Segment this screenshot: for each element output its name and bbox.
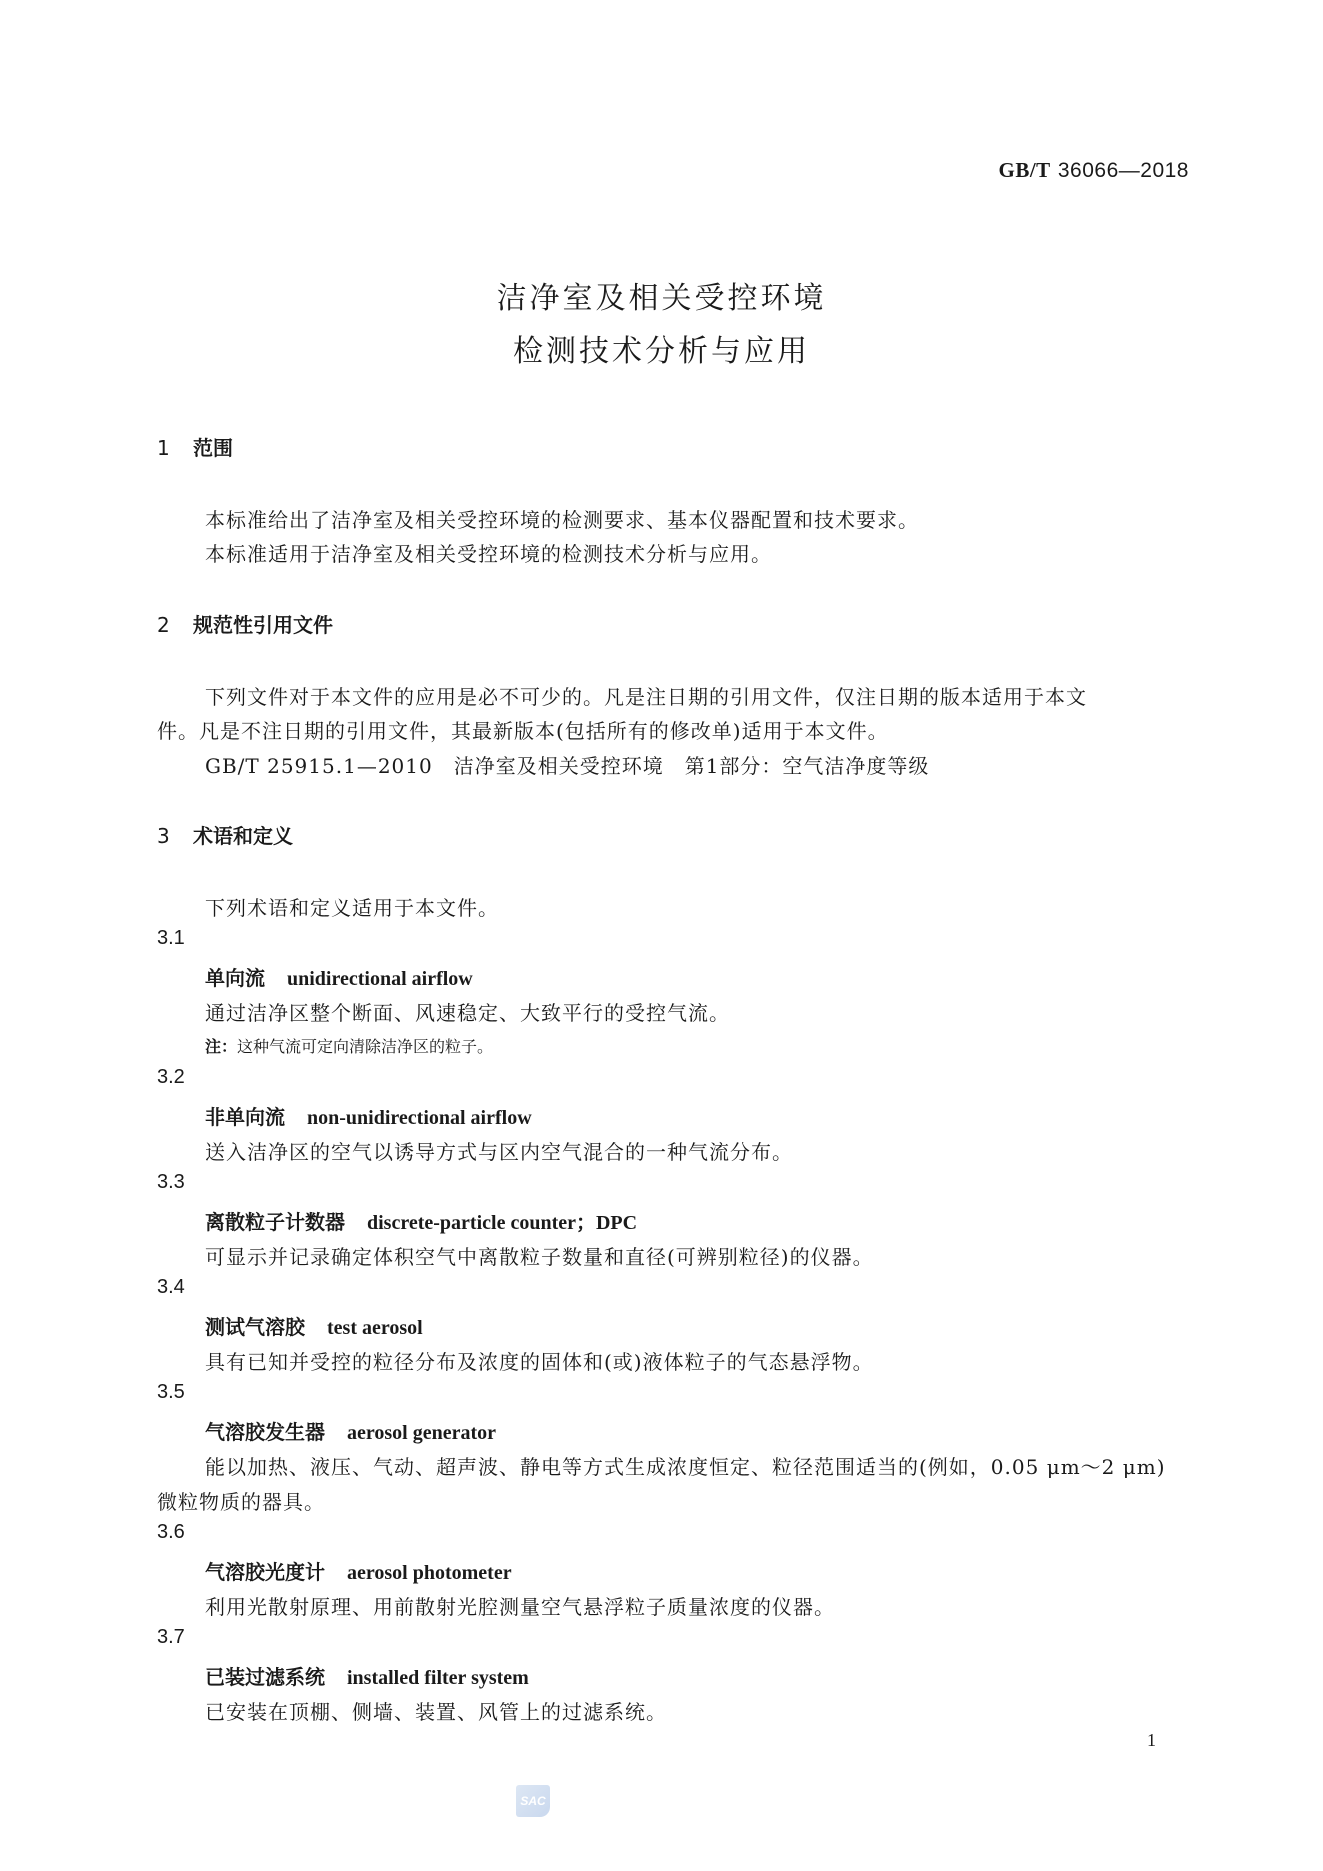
section-heading-1: 1范围 — [157, 432, 233, 461]
paragraph: 件。凡是不注日期的引用文件，其最新版本(包括所有的修改单)适用于本文件。 — [157, 715, 889, 744]
term-title: 气溶胶光度计aerosol photometer — [205, 1556, 512, 1585]
paragraph: 下列文件对于本文件的应用是必不可少的。凡是注日期的引用文件，仅注日期的版本适用于… — [205, 681, 1087, 710]
term-note: 注：这种气流可定向清除洁净区的粒子。 — [205, 1034, 493, 1057]
term-title: 已装过滤系统installed filter system — [205, 1661, 529, 1690]
normative-reference: GB/T 25915.1—2010 洁净室及相关受控环境 第1部分：空气洁净度等… — [205, 750, 929, 779]
standard-code: GB/T 36066—2018 — [999, 158, 1190, 183]
term-title: 非单向流non-unidirectional airflow — [205, 1101, 532, 1130]
term-definition-continued: 微粒物质的器具。 — [157, 1486, 325, 1515]
section-heading-3: 3术语和定义 — [157, 820, 293, 849]
term-number: 3.6 — [157, 1521, 185, 1544]
term-title: 气溶胶发生器aerosol generator — [205, 1416, 496, 1445]
section-heading-2: 2规范性引用文件 — [157, 609, 333, 638]
title-line-1: 洁净室及相关受控环境 — [0, 272, 1323, 325]
term-definition: 送入洁净区的空气以诱导方式与区内空气混合的一种气流分布。 — [205, 1136, 793, 1165]
term-definition: 可显示并记录确定体积空气中离散粒子数量和直径(可辨别粒径)的仪器。 — [205, 1241, 874, 1270]
term-definition: 已安装在顶棚、侧墙、装置、风管上的过滤系统。 — [205, 1696, 667, 1725]
page-number: 1 — [1147, 1730, 1156, 1751]
term-number: 3.1 — [157, 927, 185, 950]
standard-code-prefix: GB/T — [999, 158, 1051, 182]
term-definition: 能以加热、液压、气动、超声波、静电等方式生成浓度恒定、粒径范围适当的(例如，0.… — [205, 1451, 1166, 1480]
term-definition: 利用光散射原理、用前散射光腔测量空气悬浮粒子质量浓度的仪器。 — [205, 1591, 835, 1620]
term-number: 3.5 — [157, 1381, 185, 1404]
sac-logo-icon: SAC — [516, 1785, 550, 1817]
paragraph: 本标准适用于洁净室及相关受控环境的检测技术分析与应用。 — [205, 538, 772, 567]
document-title: 洁净室及相关受控环境 检测技术分析与应用 — [0, 272, 1323, 378]
section-intro: 下列术语和定义适用于本文件。 — [205, 892, 499, 921]
term-title: 测试气溶胶test aerosol — [205, 1311, 423, 1340]
paragraph: 本标准给出了洁净室及相关受控环境的检测要求、基本仪器配置和技术要求。 — [205, 504, 919, 533]
title-line-2: 检测技术分析与应用 — [0, 325, 1323, 378]
term-title: 离散粒子计数器discrete-particle counter；DPC — [205, 1206, 637, 1235]
term-number: 3.4 — [157, 1276, 185, 1299]
term-number: 3.7 — [157, 1626, 185, 1649]
term-number: 3.2 — [157, 1066, 185, 1089]
term-definition: 具有已知并受控的粒径分布及浓度的固体和(或)液体粒子的气态悬浮物。 — [205, 1346, 874, 1375]
term-title: 单向流unidirectional airflow — [205, 962, 473, 991]
term-definition: 通过洁净区整个断面、风速稳定、大致平行的受控气流。 — [205, 997, 730, 1026]
term-number: 3.3 — [157, 1171, 185, 1194]
standard-code-number: 36066—2018 — [1058, 159, 1189, 182]
